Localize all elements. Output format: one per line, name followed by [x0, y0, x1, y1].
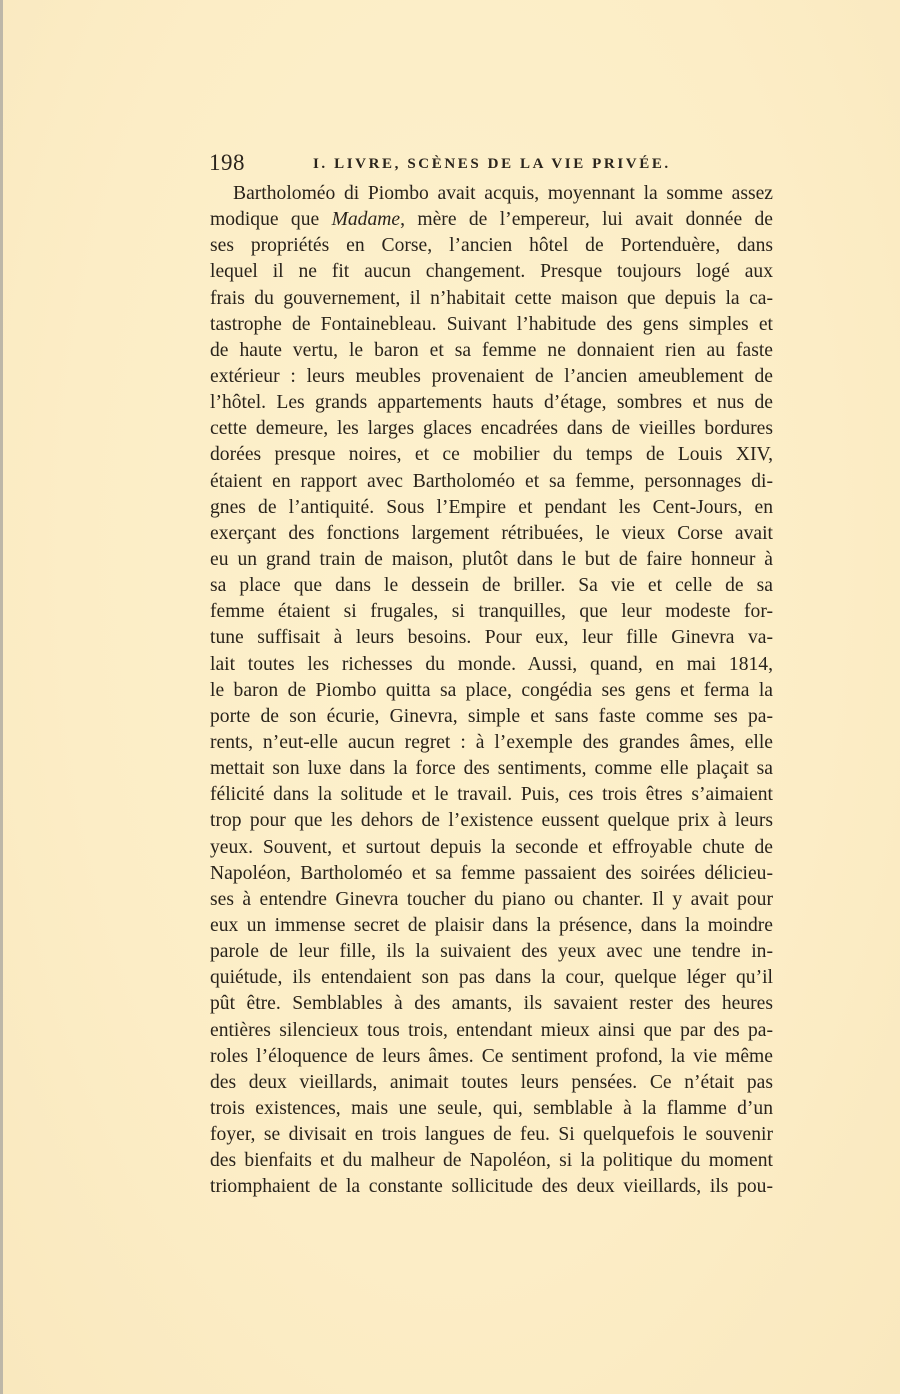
text-line: tune suffisait à leurs besoins. Pour eux… [210, 625, 773, 651]
body-text: Bartholoméo di Piombo avait acquis, moye… [210, 181, 773, 1200]
text-line: quiétude, ils entendaient son pas dans l… [210, 965, 773, 991]
book-page: 198 I. LIVRE, SCÈNES DE LA VIE PRIVÉE. B… [0, 0, 900, 1394]
text-line: eux un immense secret de plaisir dans la… [210, 913, 773, 939]
text-line: parole de leur fille, ils la suivaient d… [210, 939, 773, 965]
text-line: femme étaient si frugales, si tranquille… [210, 599, 773, 625]
running-head: 198 I. LIVRE, SCÈNES DE LA VIE PRIVÉE. [209, 150, 775, 176]
text-line: Bartholoméo di Piombo avait acquis, moye… [210, 181, 773, 207]
text-line: mettait son luxe dans la force des senti… [210, 756, 773, 782]
text-line: des bienfaits et du malheur de Napoléon,… [210, 1148, 773, 1174]
text-line: cette demeure, les larges glaces encadré… [210, 416, 773, 442]
text-line: foyer, se divisait en trois langues de f… [210, 1122, 773, 1148]
text-line: modique que Madame, mère de l’empereur, … [210, 207, 773, 233]
running-title: I. LIVRE, SCÈNES DE LA VIE PRIVÉE. [313, 154, 671, 174]
text-line: l’hôtel. Les grands appartements hauts d… [210, 390, 773, 416]
text-line: pût être. Semblables à des amants, ils s… [210, 991, 773, 1017]
text-line: triomphaient de la constante sollicitude… [210, 1174, 773, 1200]
text-line: ses à entendre Ginevra toucher du piano … [210, 887, 773, 913]
text-line: dorées presque noires, et ce mobilier du… [210, 442, 773, 468]
text-line: des deux vieillards, animait toutes leur… [210, 1070, 773, 1096]
text-line: ses propriétés en Corse, l’ancien hôtel … [210, 233, 773, 259]
text-line: lequel il ne fit aucun changement. Presq… [210, 259, 773, 285]
text-line: trop pour que les dehors de l’existence … [210, 808, 773, 834]
text-line: porte de son écurie, Ginevra, simple et … [210, 704, 773, 730]
text-line: trois existences, mais une seule, qui, s… [210, 1096, 773, 1122]
text-fragment: , mère de l’empereur, lui avait donnée d… [400, 209, 773, 230]
text-line: le baron de Piombo quitta sa place, cong… [210, 678, 773, 704]
text-line: Napoléon, Bartholoméo et sa femme passai… [210, 861, 773, 887]
text-line: yeux. Souvent, et surtout depuis la seco… [210, 835, 773, 861]
text-fragment: modique que [210, 209, 332, 230]
text-line: eu un grand train de maison, plutôt dans… [210, 547, 773, 573]
text-line: gnes de l’antiquité. Sous l’Empire et pe… [210, 495, 773, 521]
text-line: lait toutes les richesses du monde. Auss… [210, 652, 773, 678]
text-line: rents, n’eut-elle aucun regret : à l’exe… [210, 730, 773, 756]
text-line: roles l’éloquence de leurs âmes. Ce sent… [210, 1044, 773, 1070]
text-line: extérieur : leurs meubles provenaient de… [210, 364, 773, 390]
text-line: étaient en rapport avec Bartholoméo et s… [210, 469, 773, 495]
italic-word: Madame [332, 209, 401, 230]
page-number: 198 [209, 150, 245, 176]
text-line: de haute vertu, le baron et sa femme ne … [210, 338, 773, 364]
text-line: exerçant des fonctions largement rétribu… [210, 521, 773, 547]
text-line: sa place que dans le dessein de briller.… [210, 573, 773, 599]
text-line: frais du gouvernement, il n’habitait cet… [210, 286, 773, 312]
text-line: tastrophe de Fontainebleau. Suivant l’ha… [210, 312, 773, 338]
text-line: félicité dans la solitude et le travail.… [210, 782, 773, 808]
text-line: entières silencieux tous trois, entendan… [210, 1018, 773, 1044]
